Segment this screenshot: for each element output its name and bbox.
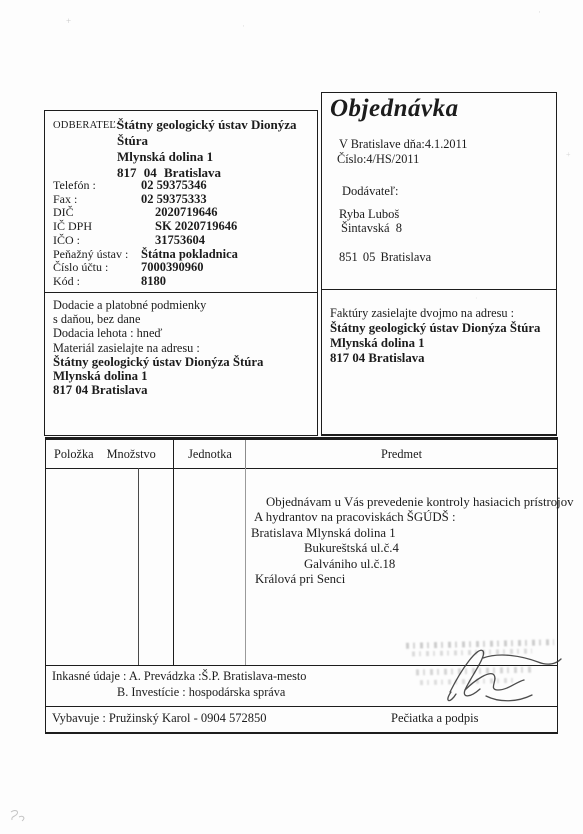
invoice-street: Mlynská dolina 1 (330, 336, 540, 351)
contact-value: 2020719646 (155, 206, 218, 220)
contact-label: IČO : (53, 234, 141, 248)
material-address-city: 817 04 Bratislava (53, 383, 263, 397)
contact-row-dic: DIČ 2020719646 (53, 206, 311, 220)
contact-value: SK 2020719646 (155, 220, 237, 234)
internal-line-1: Inkasné údaje : A. Prevádzka :Š.P. Brati… (52, 669, 306, 685)
contact-label: Peňažný ústav : (53, 248, 141, 262)
contact-row-account: Číslo účtu : 7000390960 (53, 261, 311, 275)
scan-artifact: + (66, 17, 71, 26)
subject-line: Bukureštská ul.č.4 (304, 541, 557, 556)
internal-data-block: Inkasné údaje : A. Prevádzka :Š.P. Brati… (52, 669, 306, 700)
delivery-terms: Dodacie a platobné podmienky s daňou, be… (53, 298, 263, 397)
contact-label: Číslo účtu : (53, 261, 141, 275)
contact-label: Fax : (53, 193, 141, 207)
terms-line: Dodacia lehota : hneď (53, 326, 263, 340)
subject-line: Objednávam u Vás prevedenie kontroly has… (266, 495, 557, 510)
scan-artifact: · (538, 8, 541, 17)
handwritten-signature (420, 628, 565, 710)
contact-row-bank: Peňažný ústav : Štátna pokladnica (53, 248, 311, 262)
contact-row-code: Kód : 8180 (53, 275, 311, 289)
header-item: Položka (54, 447, 94, 462)
contact-value: 8180 (141, 275, 166, 289)
header-subject: Predmet (245, 440, 557, 468)
customer-name: Štátny geologický ústav Dionýza Štúra (117, 117, 296, 148)
items-table-header: Položka Množstvo Jednotka Predmet (46, 440, 557, 469)
order-box: Objednávka V Bratislave dňa:4.1.2011 Čís… (321, 92, 557, 436)
header-cell-item-quantity: Položka Množstvo (46, 440, 173, 468)
contact-value: 31753604 (155, 234, 205, 248)
contact-row-icdph: IČ DPH SK 2020719646 (53, 220, 311, 234)
handled-by: Vybavuje : Pružinský Karol - 0904 572850 (52, 711, 267, 726)
internal-line-2: B. Investície : hospodárska správa (117, 685, 306, 701)
contact-label: IČ DPH (53, 220, 141, 234)
terms-line: s daňou, bez dane (53, 312, 263, 326)
material-address-name: Štátny geologický ústav Dionýza Štúra (53, 355, 263, 369)
order-box-divider (321, 289, 557, 290)
contact-label: DIČ (53, 206, 141, 220)
material-address-street: Mlynská dolina 1 (53, 369, 263, 383)
subject-line: Králová pri Senci (255, 572, 557, 587)
customer-box: ODBERATEĽ: Štátny geologický ústav Dioný… (44, 110, 318, 436)
contact-value: Štátna pokladnica (141, 248, 238, 262)
invoice-city: 817 04 Bratislava (330, 351, 540, 366)
subject-line: Galvániho ul.č.18 (304, 557, 557, 572)
order-title: Objednávka (330, 95, 459, 123)
supplier-label: Dodávateľ: (342, 184, 398, 199)
scan-artifact: · (242, 22, 245, 31)
contact-row-phone: Telefón : 02 59375346 (53, 179, 311, 193)
header-quantity: Množstvo (107, 447, 156, 462)
invoice-note: Faktúry zasielajte dvojmo na adresu : (330, 306, 540, 321)
header-unit: Jednotka (173, 440, 246, 468)
subject-line: A hydrantov na pracoviskách ŠGÚDŠ : (254, 510, 557, 525)
supplier-street: Šintavská 8 (341, 221, 402, 236)
order-place-date: V Bratislave dňa:4.1.2011 (339, 137, 467, 152)
order-subject-text: Objednávam u Vás prevedenie kontroly has… (46, 495, 557, 587)
scan-artifact-scribble (8, 808, 28, 824)
terms-line: Materiál zasielajte na adresu : (53, 341, 263, 355)
terms-line: Dodacie a platobné podmienky (53, 298, 263, 312)
contact-value: 7000390960 (141, 261, 204, 275)
contact-label: Telefón : (53, 179, 141, 193)
scan-artifact: + (566, 150, 571, 159)
invoice-name: Štátny geologický ústav Dionýza Štúra (330, 321, 540, 336)
customer-box-divider (44, 292, 318, 293)
order-number: Číslo:4/HS/2011 (337, 152, 419, 167)
customer-street: Mlynská dolina 1 (117, 149, 213, 164)
contact-row-fax: Fax : 02 59375333 (53, 193, 311, 207)
stamp-and-signature-label: Pečiatka a podpis (391, 711, 478, 726)
customer-label: ODBERATEĽ: (53, 117, 117, 181)
customer-contact-list: Telefón : 02 59375346 Fax : 02 59375333 … (53, 179, 311, 289)
supplier-name: Ryba Luboš (339, 207, 399, 222)
subject-line: Bratislava Mlynská dolina 1 (251, 526, 557, 541)
customer-address: Štátny geologický ústav Dionýza Štúra Ml… (117, 117, 322, 181)
contact-value: 02 59375346 (141, 179, 207, 193)
contact-label: Kód : (53, 275, 141, 289)
supplier-city: 851 05 Bratislava (339, 250, 431, 265)
scan-artifact: · (475, 294, 478, 303)
invoice-address-block: Faktúry zasielajte dvojmo na adresu : Št… (330, 306, 540, 366)
contact-row-ico: IČO : 31753604 (53, 234, 311, 248)
customer-header: ODBERATEĽ: Štátny geologický ústav Dioný… (53, 117, 322, 181)
scanned-order-document: ODBERATEĽ: Štátny geologický ústav Dioný… (0, 0, 583, 834)
contact-value: 02 59375333 (141, 193, 207, 207)
